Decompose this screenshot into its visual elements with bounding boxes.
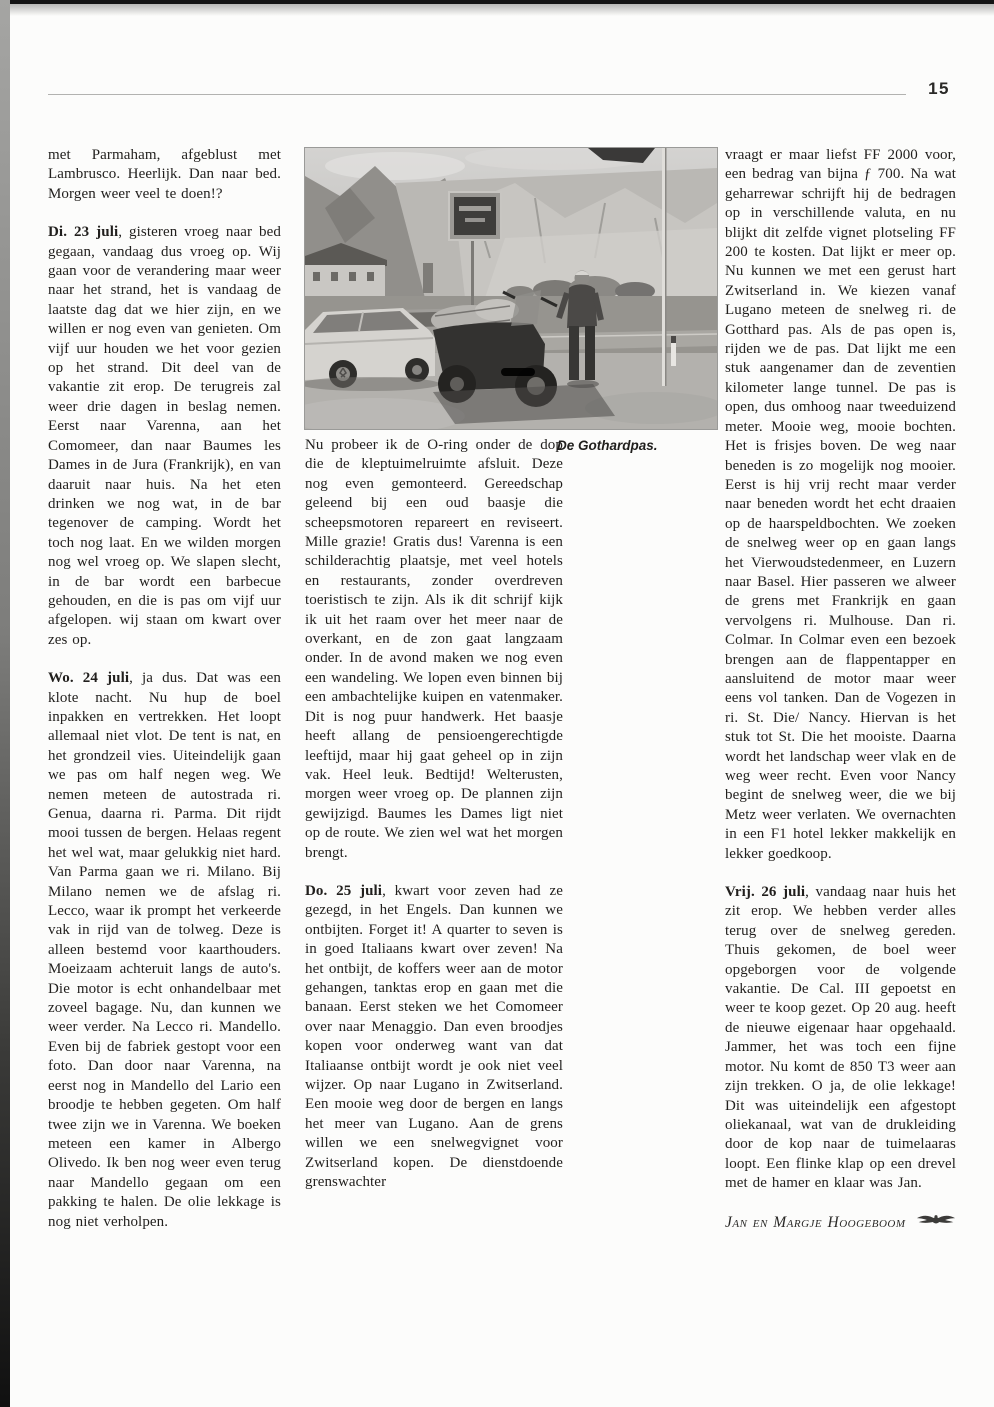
text-column-2: Nu probeer ik de O-ring onder de dop die… xyxy=(305,436,563,1192)
paragraph: Di. 23 juli, gisteren vroeg naar bed geg… xyxy=(48,223,281,650)
magazine-page: 15 met Parmaham, afgeblust met Lambrusco… xyxy=(0,0,994,1407)
scan-edge-left xyxy=(0,0,10,1407)
text-column-3: vraagt er maar liefst FF 2000 voor, een … xyxy=(725,146,956,1233)
text-column-1: met Parmaham, afgeblust met Lambrusco. H… xyxy=(48,146,281,1232)
author-signature: Jan en Margje Hoogeboom xyxy=(725,1213,956,1233)
page-number: 15 xyxy=(928,79,950,99)
paragraph: Vrij. 26 juli, vandaag naar huis het zit… xyxy=(725,883,956,1194)
author-name: Jan en Margje Hoogeboom xyxy=(725,1213,906,1232)
paragraph: Wo. 24 juli, ja dus. Dat was een klote n… xyxy=(48,669,281,1232)
paragraph: Nu probeer ik de O-ring onder de dop die… xyxy=(305,436,563,863)
gotthard-pass-photo xyxy=(305,148,717,429)
paragraph: met Parmaham, afgeblust met Lambrusco. H… xyxy=(48,146,281,204)
photo-caption: De Gothardpas. xyxy=(557,438,712,453)
paragraph: Do. 25 juli, kwart voor zeven had ze gez… xyxy=(305,882,563,1193)
paragraph: vraagt er maar liefst FF 2000 voor, een … xyxy=(725,146,956,864)
header-rule xyxy=(48,94,906,95)
scan-edge-top-shadow xyxy=(0,4,994,16)
eagle-wings-icon xyxy=(916,1213,956,1233)
